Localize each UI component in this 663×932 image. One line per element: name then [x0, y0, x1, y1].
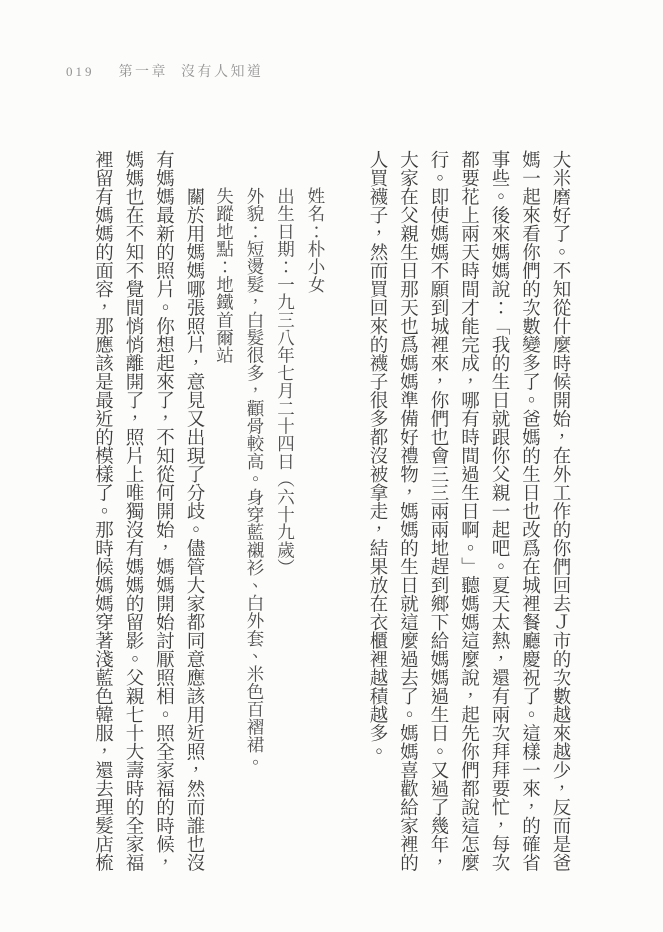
book-page: 019 第一章 沒有人知道 大米磨好了。不知從什麼時候開始，在外工作的你們回去Ｊ…	[0, 0, 663, 932]
profile-line-birthdate: 出生日期：一九三八年七月二十四日（六十九歲）	[270, 150, 301, 872]
narrative-paragraph-1: 大米磨好了。不知從什麼時候開始，在外工作的你們回去Ｊ市的次數越來越少，反而是爸媽…	[362, 150, 576, 872]
chapter-title: 沒有人知道	[181, 61, 264, 81]
page-number: 019	[66, 64, 95, 80]
profile-line-name: 姓名：朴小女	[301, 150, 332, 872]
running-header: 019 第一章 沒有人知道	[66, 61, 264, 81]
narrative-paragraph-2: 關於用媽媽哪張照片，意見又出現了分歧。儘管大家都同意應該用近照，然而誰也沒有媽媽…	[87, 150, 209, 872]
chapter-label: 第一章	[119, 61, 169, 81]
profile-line-missing-location: 失蹤地點：地鐵首爾站	[209, 150, 240, 872]
vertical-text-block: 大米磨好了。不知從什麼時候開始，在外工作的你們回去Ｊ市的次數越來越少，反而是爸媽…	[57, 150, 576, 872]
missing-person-profile: 姓名：朴小女 出生日期：一九三八年七月二十四日（六十九歲） 外貌：短燙髮，白髮很…	[209, 150, 331, 872]
profile-line-appearance: 外貌：短燙髮，白髮很多，顴骨較高。身穿藍襯衫、白外套、米色百褶裙。	[240, 150, 271, 872]
